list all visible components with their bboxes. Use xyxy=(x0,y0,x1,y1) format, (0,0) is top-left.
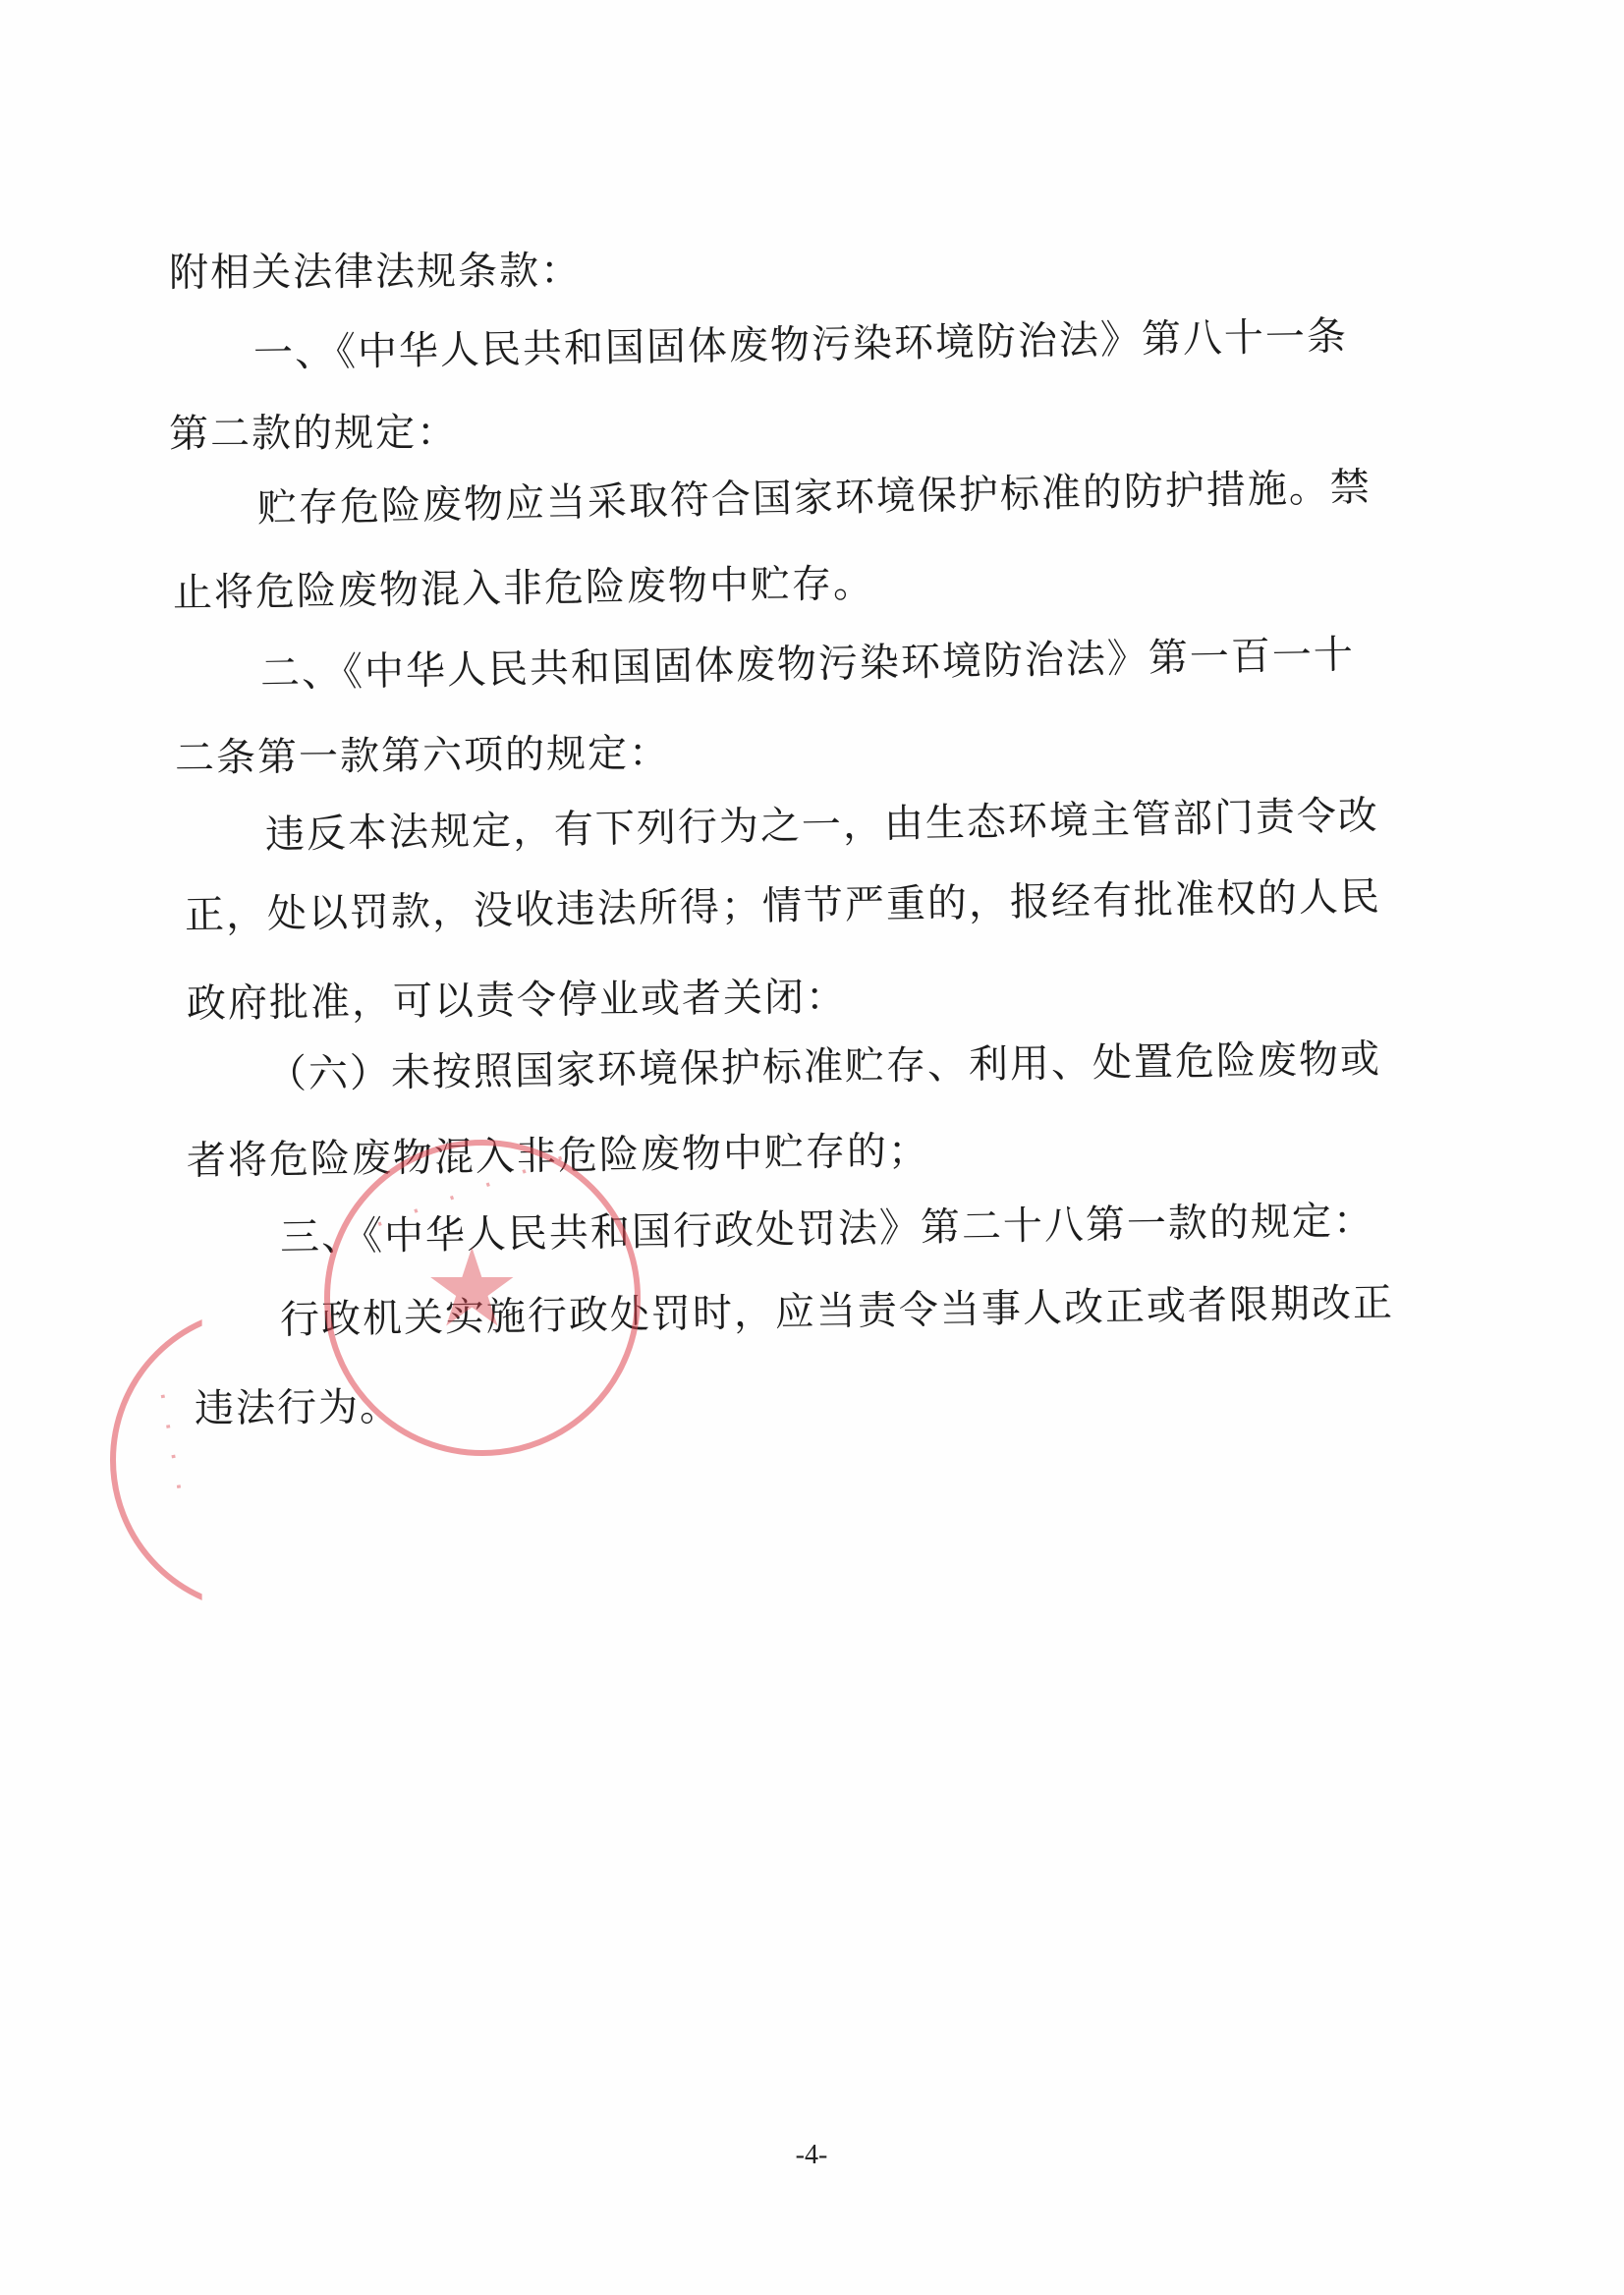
partial-seal-left: · · · · xyxy=(110,1307,417,1613)
section-1-body-line-1: 贮存危险废物应当采取符合国家环境保护标准的防护措施。禁 xyxy=(257,464,1372,532)
document-page: 附相关法律法规条款： 一、《中华人民共和国固体废物污染环境防治法》第八十一条 第… xyxy=(0,0,1624,2295)
section-1-title-line-2: 第二款的规定： xyxy=(169,409,458,458)
section-2-body-line-3: 政府批准，可以责令停业或者关闭： xyxy=(187,974,847,1028)
partial-seal-text: · · · · xyxy=(144,1389,196,1500)
section-2-body-line-2: 正，处以罚款，没收违法所得；情节严重的，报经有批准权的人民 xyxy=(185,873,1382,939)
section-3-body-line-1: 行政机关实施行政处罚时，应当责令当事人改正或者限期改正 xyxy=(280,1279,1395,1344)
section-1-body-line-2: 止将危险废物混入非危险废物中贮存。 xyxy=(173,560,875,617)
section-2-item-line-1: （六）未按照国家环境保护标准贮存、利用、处置危险废物或 xyxy=(267,1036,1382,1098)
section-2-body-line-1: 违反本法规定，有下列行为之一，由生态环境主管部门责令改 xyxy=(265,792,1380,859)
section-2-item-line-2: 者将危险废物混入非危险废物中贮存的； xyxy=(187,1127,930,1185)
section-2-title-line-1: 二、《中华人民共和国固体废物污染环境防治法》第一百一十 xyxy=(260,632,1356,698)
page-number: -4- xyxy=(796,2140,828,2171)
section-3-body-line-2: 违法行为。 xyxy=(195,1384,401,1432)
section-2-title-line-2: 二条第一款第六项的规定： xyxy=(175,730,670,782)
document-heading: 附相关法律法规条款： xyxy=(169,248,582,297)
section-1-title-line-1: 一、《中华人民共和国固体废物污染环境防治法》第八十一条 xyxy=(253,313,1349,377)
section-3-title-line-1: 三、《中华人民共和国行政处罚法》第二十八第一款的规定： xyxy=(280,1198,1375,1261)
